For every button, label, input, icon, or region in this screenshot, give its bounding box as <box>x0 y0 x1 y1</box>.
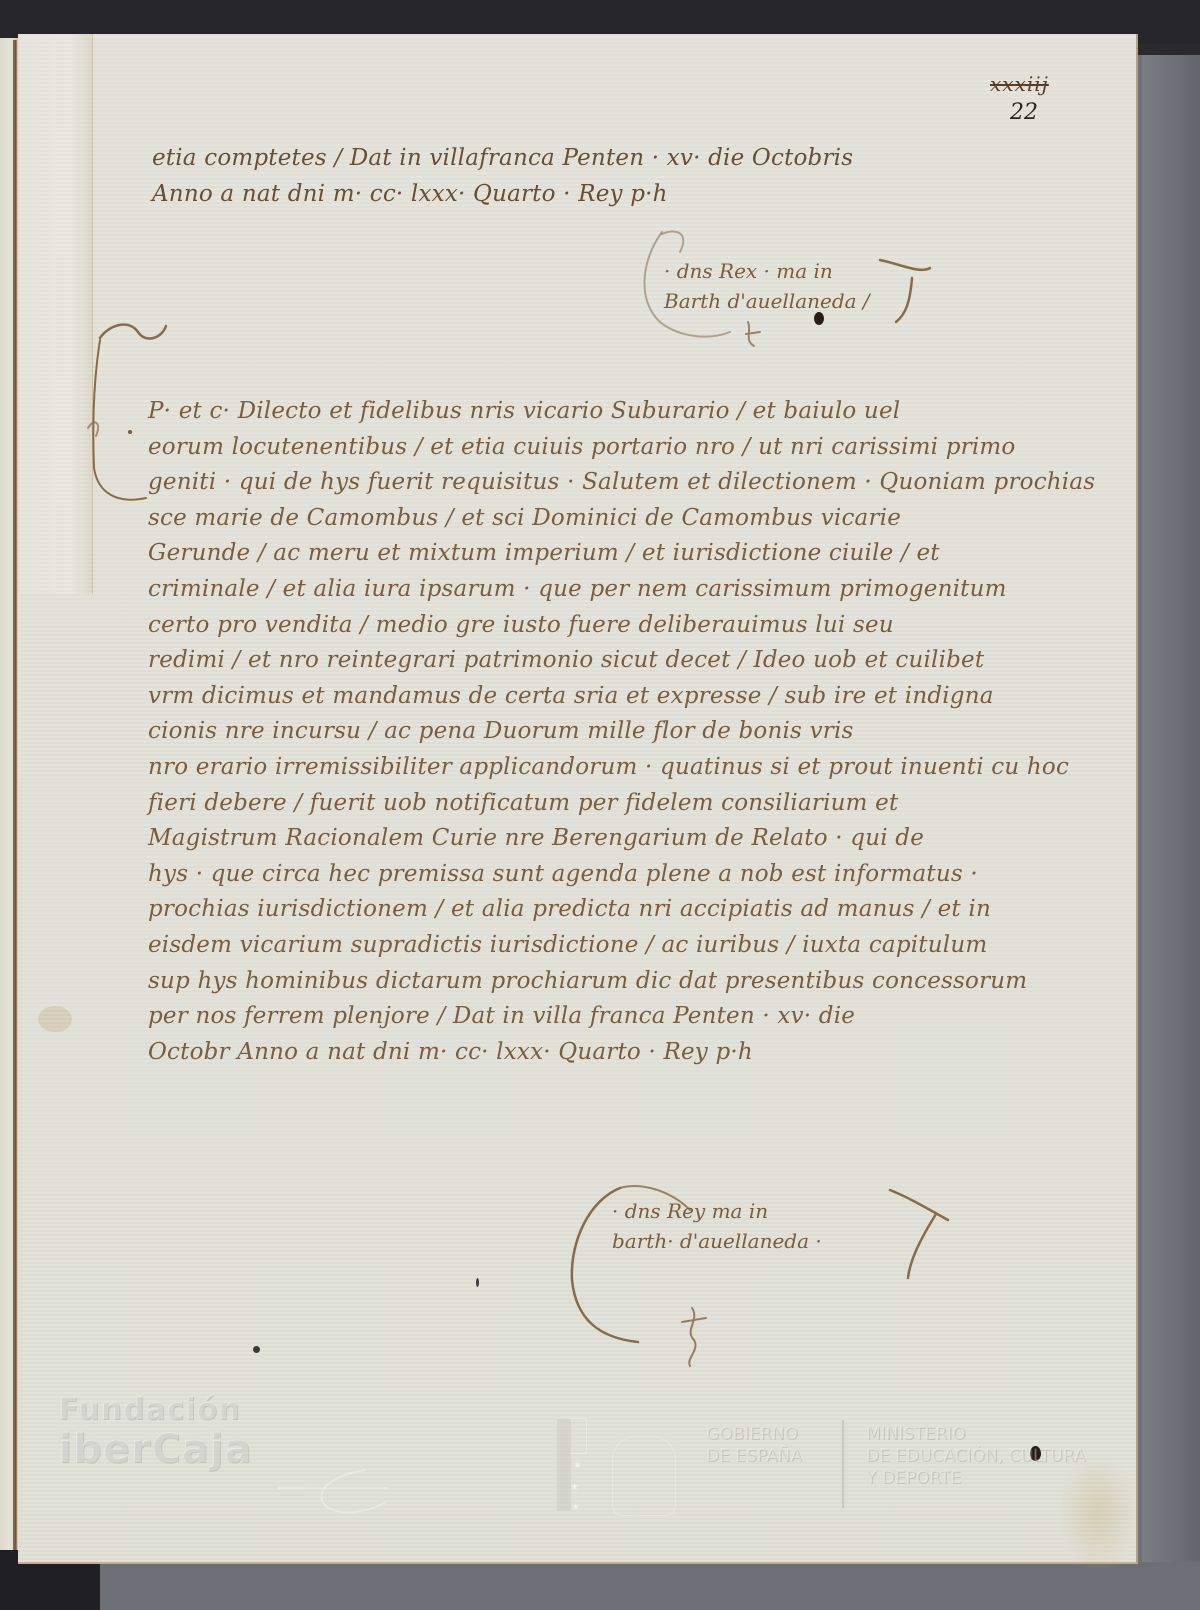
ink-speck <box>476 1278 479 1287</box>
stain <box>38 1006 72 1032</box>
text-line: Gerunde / ac meru et mixtum imperium / e… <box>148 536 1095 572</box>
second-subscription: · dns Rey ma in barth· d'auellaneda · <box>612 1196 822 1256</box>
text-line: prochias iurisdictionem / et alia predic… <box>148 892 1095 928</box>
ink-blot <box>814 312 824 325</box>
text-line: eorum locutenentibus / et etia cuiuis po… <box>148 430 1095 466</box>
star-icon: ★ <box>570 1482 579 1493</box>
text-line: cionis nre incursu / ac pena Duorum mill… <box>148 714 1095 750</box>
watermark-ministerio: MINISTERIO DE EDUCACIÓN, CULTURA Y DEPOR… <box>866 1423 1086 1489</box>
text-line: sce marie de Camombus / et sci Dominici … <box>148 501 1095 537</box>
subscription-line: Barth d'auellaneda / <box>664 286 870 316</box>
main-text-body: P· et c· Dilecto et fidelibus nris vicar… <box>148 394 1095 1070</box>
opening-text: etia comptetes / Dat in villafranca Pent… <box>152 140 853 212</box>
folio-number: 22 <box>1010 100 1038 125</box>
scan-background-bottom <box>100 1562 1200 1610</box>
watermark-line: MINISTERIO <box>866 1423 1086 1445</box>
subscription-line: · dns Rey ma in <box>612 1196 822 1226</box>
text-line: redimi / et nro reintegrari patrimonio s… <box>148 643 1095 679</box>
watermark-fundacion: Fundación <box>58 1392 240 1427</box>
watermark-line: DE EDUCACIÓN, CULTURA <box>866 1445 1086 1467</box>
coat-of-arms-icon <box>612 1436 676 1516</box>
text-line: vrm dicimus et mandamus de certa sria et… <box>148 679 1095 715</box>
text-line: hys · que circa hec premissa sunt agenda… <box>148 857 1095 893</box>
watermark-line: Y DEPORTE <box>866 1467 1086 1489</box>
ibercaja-logo-icon <box>278 1466 398 1526</box>
text-line: fieri debere / fuerit uob notificatum pe… <box>148 786 1095 822</box>
text-line: nro erario irremissibiliter applicandoru… <box>148 750 1095 786</box>
star-icon: ★ <box>573 1460 582 1471</box>
page-fold-strip <box>20 34 93 594</box>
text-line: Octobr Anno a nat dni m· cc· lxxx· Quart… <box>148 1035 1095 1071</box>
spain-flag-outline-icon <box>570 1418 587 1454</box>
text-line: etia comptetes / Dat in villafranca Pent… <box>152 140 853 176</box>
text-line: eisdem vicarium supradictis iurisdiction… <box>148 928 1095 964</box>
text-line: geniti · qui de hys fuerit requisitus · … <box>148 465 1095 501</box>
watermark-divider <box>842 1420 844 1508</box>
subscription-line: barth· d'auellaneda · <box>612 1226 822 1256</box>
watermark-line: DE ESPAÑA <box>706 1445 802 1467</box>
star-icon: ★ <box>571 1502 580 1513</box>
text-line: per nos ferrem plenjore / Dat in villa f… <box>148 999 1095 1035</box>
watermark-ibercaja: iberCaja <box>58 1426 252 1472</box>
gutter-line <box>13 40 17 1550</box>
first-subscription: · dns Rex · ma in Barth d'auellaneda / <box>664 256 870 316</box>
folio-number-old: xxxiij <box>990 72 1049 96</box>
text-line: Anno a nat dni m· cc· lxxx· Quarto · Rey… <box>152 176 853 212</box>
watermark-gobierno: GOBIERNO DE ESPAÑA <box>706 1423 802 1467</box>
watermark-line: GOBIERNO <box>706 1423 802 1445</box>
ink-speck <box>253 1346 260 1353</box>
text-line: Magistrum Racionalem Curie nre Berengari… <box>148 821 1095 857</box>
text-line: P· et c· Dilecto et fidelibus nris vicar… <box>148 394 1095 430</box>
scan-background-right-shade <box>1142 55 1200 1610</box>
text-line: criminale / et alia iura ipsarum · que p… <box>148 572 1095 608</box>
text-line: sup hys hominibus dictarum prochiarum di… <box>148 964 1095 1000</box>
text-line: certo pro vendita / medio gre iusto fuer… <box>148 608 1095 644</box>
subscription-line: · dns Rex · ma in <box>664 256 870 286</box>
